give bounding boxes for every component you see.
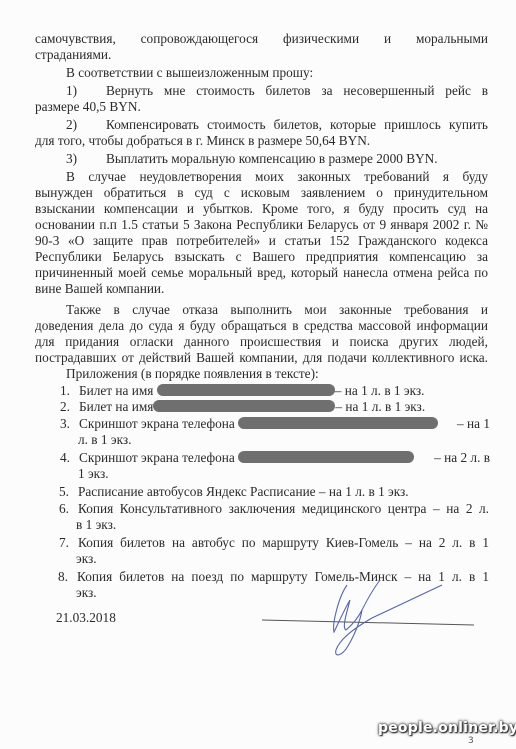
redaction-bar <box>153 400 335 412</box>
attachments-heading: Приложения (в порядке появления в тексте… <box>66 366 488 382</box>
request-item-2-cont: для того, чтобы добраться в г. Минск в р… <box>35 133 488 149</box>
attachment-item-2: 2.Билет на имя– на 1 л. в 1 экз. <box>60 399 490 415</box>
attachment-item-3: 3.Скриншот экрана телефона – на 1 <box>60 416 490 432</box>
document-page: самочувствия, сопровождающегося физическ… <box>0 0 516 749</box>
media-paragraph-line: пострадавших от действий Вашей компании,… <box>35 350 488 366</box>
signature-icon <box>262 580 482 660</box>
court-paragraph-line: взыскании компенсации и убытков. Кроме т… <box>35 201 488 217</box>
court-paragraph-line: причиненный моей семье моральный вред, к… <box>35 265 488 281</box>
attachment-item-6-cont: в 1 экз. <box>76 517 516 533</box>
court-paragraph-line: В случае неудовлетворения моих законных … <box>66 169 488 185</box>
request-item-1-cont: размере 40,5 BYN. <box>35 99 488 115</box>
redaction-bar <box>238 451 414 463</box>
attachment-item-7: 7.Копия билетов на автобус по маршруту К… <box>59 535 489 551</box>
media-paragraph-line: для придания огласки данного происшестви… <box>35 334 488 350</box>
media-paragraph-line: доведения дела до суда я буду обращаться… <box>35 318 488 334</box>
page-number: 3 <box>468 736 474 746</box>
watermark: people.onliner.by <box>378 720 516 736</box>
request-item-1: 1)Вернуть мне стоимость билетов за несов… <box>66 83 488 99</box>
attachment-item-4-cont: 1 экз. <box>78 466 516 482</box>
court-paragraph-line: Республики Беларусь взыскать с Вашего пр… <box>35 249 488 265</box>
attachment-item-6: 6.Копия Консультативного заключения меди… <box>59 501 489 517</box>
court-paragraph-line: вынужден обратиться в суд с исковым заяв… <box>35 185 488 201</box>
court-paragraph-line: вине Вашей компании. <box>35 281 488 297</box>
attachment-item-4: 4.Скриншот экрана телефона – на 2 л. в <box>60 450 490 466</box>
media-paragraph-line: Также в случае отказа выполнить мои зако… <box>66 302 488 318</box>
redaction-bar <box>238 417 438 429</box>
redaction-bar <box>157 384 335 396</box>
text-line: самочувствия, сопровождающегося физическ… <box>35 31 488 47</box>
attachment-item-7-cont: экз. <box>76 551 516 567</box>
text-line: страданиями. <box>35 47 488 63</box>
request-item-2: 2)Компенсировать стоимость билетов, кото… <box>66 117 488 133</box>
attachment-item-3-cont: л. в 1 экз. <box>78 432 516 448</box>
court-paragraph-line: 90-3 «О защите прав потребителей» и стат… <box>35 233 488 249</box>
request-item-3: 3)Выплатить моральную компенсацию в разм… <box>66 151 488 167</box>
attachment-item-5: 5.Расписание автобусов Яндекс Расписание… <box>59 484 489 500</box>
court-paragraph-line: основании п.п 1.5 статьи 5 Закона Респуб… <box>35 217 488 233</box>
attachment-item-1: 1.Билет на имя – на 1 л. в 1 экз. <box>60 383 490 399</box>
request-intro: В соответствии с вышеизложенным прошу: <box>66 65 488 81</box>
